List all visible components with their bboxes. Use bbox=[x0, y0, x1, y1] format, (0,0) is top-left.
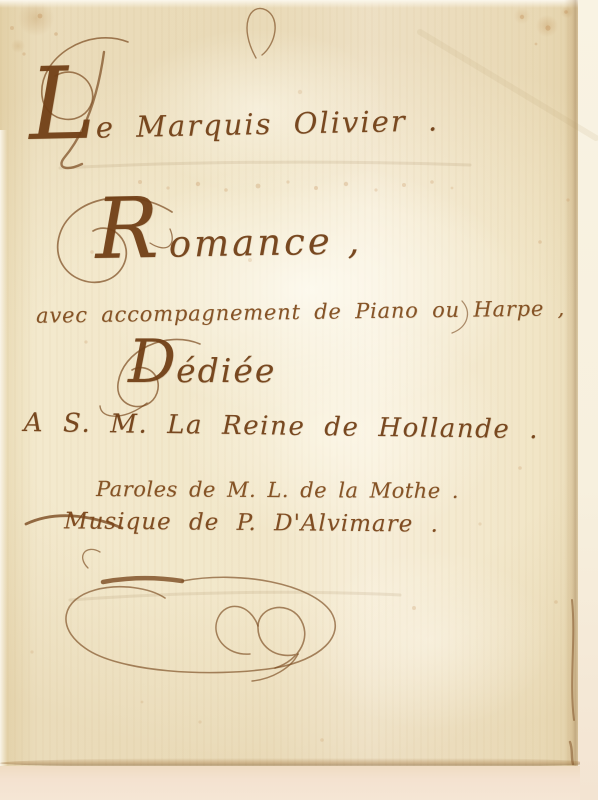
illuminated-initial-D: D bbox=[128, 327, 176, 397]
dedication-word-text: édiée bbox=[176, 351, 276, 390]
title-line: Le Marquis Olivier . bbox=[28, 46, 440, 155]
lyricist-credit-line: Paroles de M. L. de la Mothe . bbox=[96, 477, 459, 503]
composer-credit-line: Musique de P. D'Alvimare . bbox=[64, 508, 439, 537]
dedication-word-line: Dédiée bbox=[128, 332, 276, 392]
title-line-text: e Marquis Olivier . bbox=[95, 103, 439, 144]
work-title-text: omance , bbox=[168, 219, 362, 265]
manuscript-scan: Le Marquis Olivier . Romance , avec acco… bbox=[0, 0, 598, 800]
illuminated-initial-R: R bbox=[94, 179, 159, 278]
illuminated-initial-L: L bbox=[28, 45, 97, 163]
bottom-ornament-flourish bbox=[66, 549, 335, 681]
work-title-line: Romance , bbox=[95, 182, 363, 271]
right-edge-marks bbox=[570, 600, 574, 764]
